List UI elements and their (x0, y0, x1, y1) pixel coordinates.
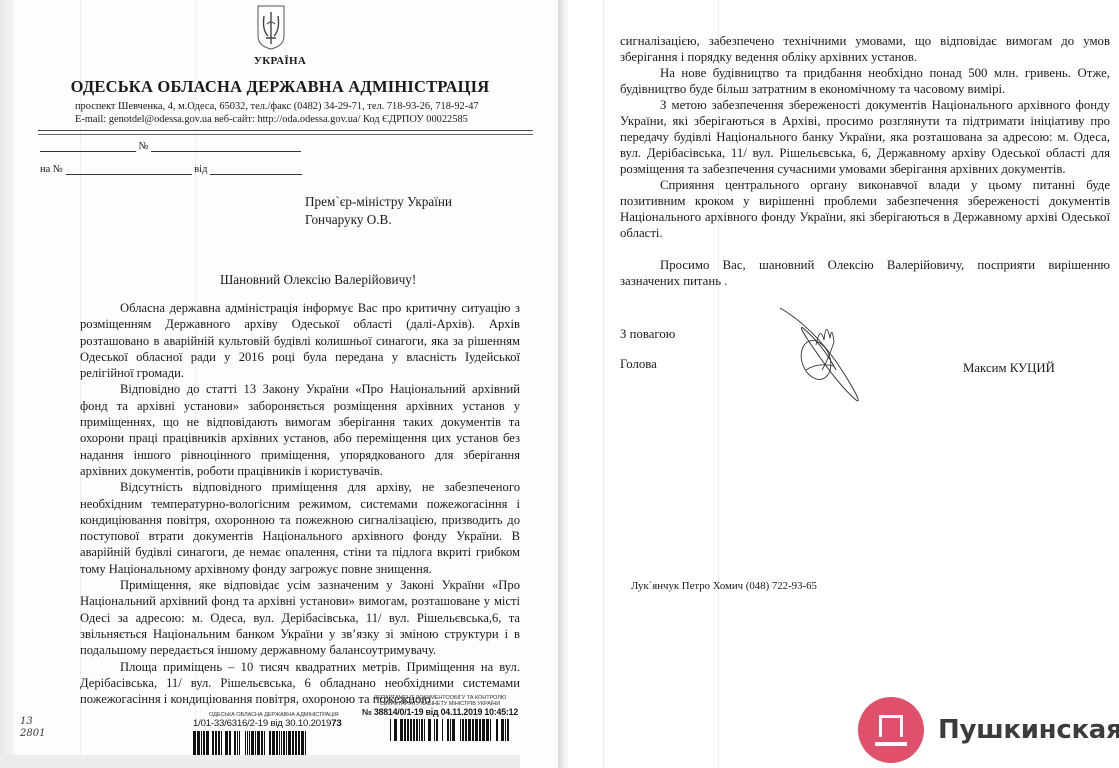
pushkinskaya-watermark: Пушкинская (858, 697, 1119, 763)
recipient-title: Прем`єр-міністру України (305, 193, 452, 211)
paragraph: Відповідно до статті 13 Закону України «… (80, 381, 520, 479)
paragraph: На нове будівництво та придбання необхід… (620, 65, 1110, 97)
date-blank (40, 140, 136, 152)
scan-edge (0, 0, 14, 768)
paragraph: сигналізацією, забезпечено технічними ум… (620, 33, 1110, 65)
reply-number-blank (66, 163, 192, 175)
brand-name: Пушкинская (938, 715, 1119, 745)
paragraph: Приміщення, яке відповідає усім зазначен… (80, 577, 520, 658)
header-divider (38, 130, 533, 135)
organization-address: проспект Шевченка, 4, м.Одеса, 65032, те… (75, 100, 479, 126)
scan-edge (0, 755, 520, 768)
country-title: УКРАЇНА (0, 55, 560, 67)
reply-to-field: на № від (40, 163, 302, 175)
reply-to-label: на № (40, 164, 63, 175)
signature-icon (778, 300, 878, 410)
number-sign: № (139, 141, 149, 152)
letter-page-1: УКРАЇНА ОДЕСЬКА ОБЛАСНА ДЕРЖАВНА АДМІНІС… (0, 0, 560, 768)
stamp-number: 1/01-33/6316/2-19 від 30.10.201973 (193, 718, 353, 729)
barcode (390, 719, 520, 741)
letter-body: Обласна державна адміністрація інформує … (80, 300, 520, 707)
letter-body-continued: сигналізацією, забезпечено технічними ум… (620, 33, 1110, 289)
paragraph: Обласна державна адміністрація інформує … (80, 300, 520, 381)
fold-line (603, 0, 604, 768)
address-line: проспект Шевченка, 4, м.Одеса, 65032, те… (75, 100, 479, 113)
organization-title: ОДЕСЬКА ОБЛАСНА ДЕРЖАВНА АДМІНІСТРАЦІЯ (0, 77, 560, 97)
trident-icon (256, 4, 286, 50)
reply-date-blank (210, 163, 302, 175)
salutation: Шановний Олексію Валерійовичу! (0, 272, 560, 288)
paragraph: З метою забезпечення збереженості докуме… (620, 97, 1110, 177)
number-blank (151, 140, 301, 152)
handwritten-note: 13 2801 (20, 716, 45, 740)
recipient-name: Гончаруку О.В. (305, 211, 452, 229)
contact-line: E-mail: genotdel@odessa.gov.ua веб-сайт:… (75, 113, 479, 126)
stamp-incoming-number: № 38814/0/1-19 від 04.11.2019 10:45:12 (360, 707, 520, 717)
paragraph: Сприяння центрального органу виконавчої … (620, 177, 1110, 241)
closing: З повагою (620, 327, 675, 342)
signer-position: Голова (620, 357, 657, 372)
outgoing-number-field: № (40, 140, 301, 152)
outgoing-registration-stamp: ОДЕСЬКА ОБЛАСНА ДЕРЖАВНА АДМІНІСТРАЦІЯ 1… (193, 712, 353, 755)
recipient-block: Прем`єр-міністру України Гончаруку О.В. (305, 193, 452, 229)
executor-contact: Лук`янчук Петро Хомич (048) 722-93-65 (631, 580, 817, 592)
signer-name: Максим КУЦИЙ (963, 361, 1055, 376)
page-gutter (558, 0, 568, 768)
barcode (193, 731, 353, 755)
pushkinskaya-logo-icon (858, 697, 924, 763)
request-paragraph: Просимо Вас, шановний Олексію Валерійови… (620, 257, 1110, 289)
incoming-registration-stamp: ДЕПАРТАМЕНТ ДОКУМЕНТООБІГУ ТА КОНТРОЛЮ С… (360, 695, 520, 741)
paragraph: Відсутність відповідного приміщення для … (80, 479, 520, 577)
letter-page-2: сигналізацією, забезпечено технічними ум… (568, 0, 1119, 768)
date-label: від (194, 164, 207, 175)
